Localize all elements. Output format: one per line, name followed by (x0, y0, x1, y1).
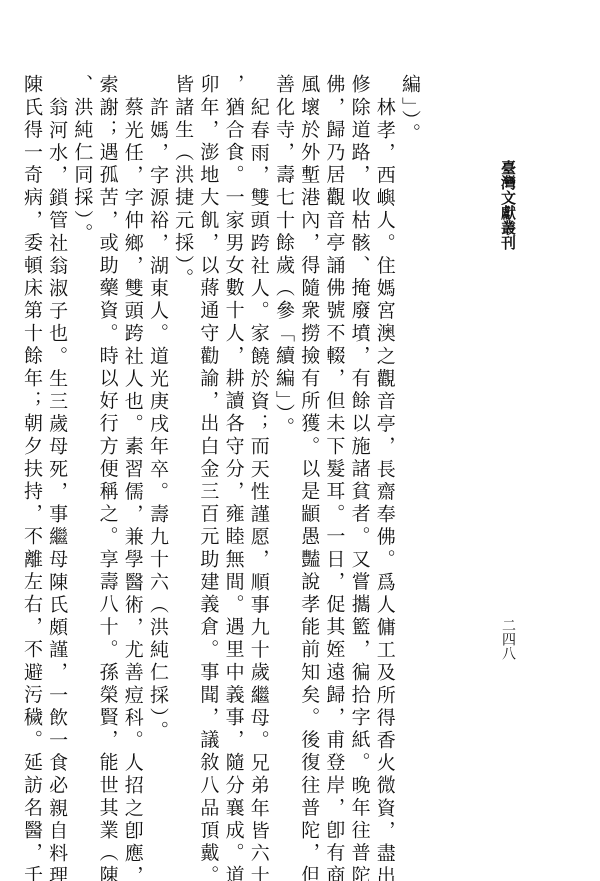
text-column-6: 善化寺，壽七十餘歲（參「續編」）。 (271, 74, 296, 814)
text-column-13: 索謝；遇孤苦，或助藥資。時以好行方便稱之。享壽八十。孫榮賢，能世其業（陳雁標 (94, 74, 119, 814)
text-column-12: 蔡光任，字仲鄉，雙頭跨社人也。素習儒，兼學醫術，尤善痘科。人招之卽應，不 (120, 74, 145, 814)
text-column-9: 卯年，澎地大飢，以蔣通守勸諭，出白金三百元助建義倉。事聞，議敘八品頂戴。子孫 (195, 74, 220, 814)
book-page: 臺灣文獻叢刊 二四八 編」）。 林孝，西嶼人。住媽宮澳之觀音亭，長齋奉佛。爲人傭… (0, 0, 600, 881)
text-column-10: 皆諸生（洪捷元採）。 (170, 74, 195, 814)
text-column-7: 紀春雨，雙頭跨社人。家饒於資；而天性謹愿，順事九十歲繼母。兄弟年皆六十餘 (246, 74, 271, 814)
text-column-4: 佛，歸乃居觀音亭誦佛號不輟，但未下髮耳。一日，促其姪遠歸，甫登岸，卽有商船遭 (321, 74, 346, 814)
text-column-3: 修除道路，收枯骸、掩廢墳，有餘以施諸貧者。又嘗攜籃，徧拾字紙。晚年往普陀山禮 (346, 74, 371, 814)
text-column-14: 、洪純仁同採）。 (69, 74, 94, 814)
text-column-16: 陳氏得一奇病，委頓床第十餘年；朝夕扶持，不離左右，不避污穢。延訪名醫，千方療 (19, 74, 44, 814)
page-number: 二四八 (498, 618, 518, 660)
text-column-15: 翁河水，鎖管社翁淑子也。生三歲母死，事繼母陳氏頗謹，一飲一食必親自料理。 (44, 74, 69, 814)
text-column-11: 許媽，字源裕，湖東人。道光庚戌年卒。壽九十六（洪純仁採）。 (145, 74, 170, 814)
text-column-2: 林孝，西嶼人。住媽宮澳之觀音亭，長齋奉佛。爲人傭工及所得香火微資，盡出以 (372, 74, 397, 814)
text-column-5: 風壞於外塹港內，得隨衆撈撿有所獲。以是顓愚豔說孝能前知矣。後復往普陀，但化於 (296, 74, 321, 814)
running-header: 臺灣文獻叢刊 (498, 160, 518, 250)
text-column-8: ，猶合食。一家男女數十人，耕讀各守分，雍睦無間。遇里中義事，隨分襄成。道光辛 (220, 74, 245, 814)
text-column-1: 編」）。 (397, 74, 422, 814)
vertical-body-text: 編」）。 林孝，西嶼人。住媽宮澳之觀音亭，長齋奉佛。爲人傭工及所得香火微資，盡出… (19, 74, 422, 814)
